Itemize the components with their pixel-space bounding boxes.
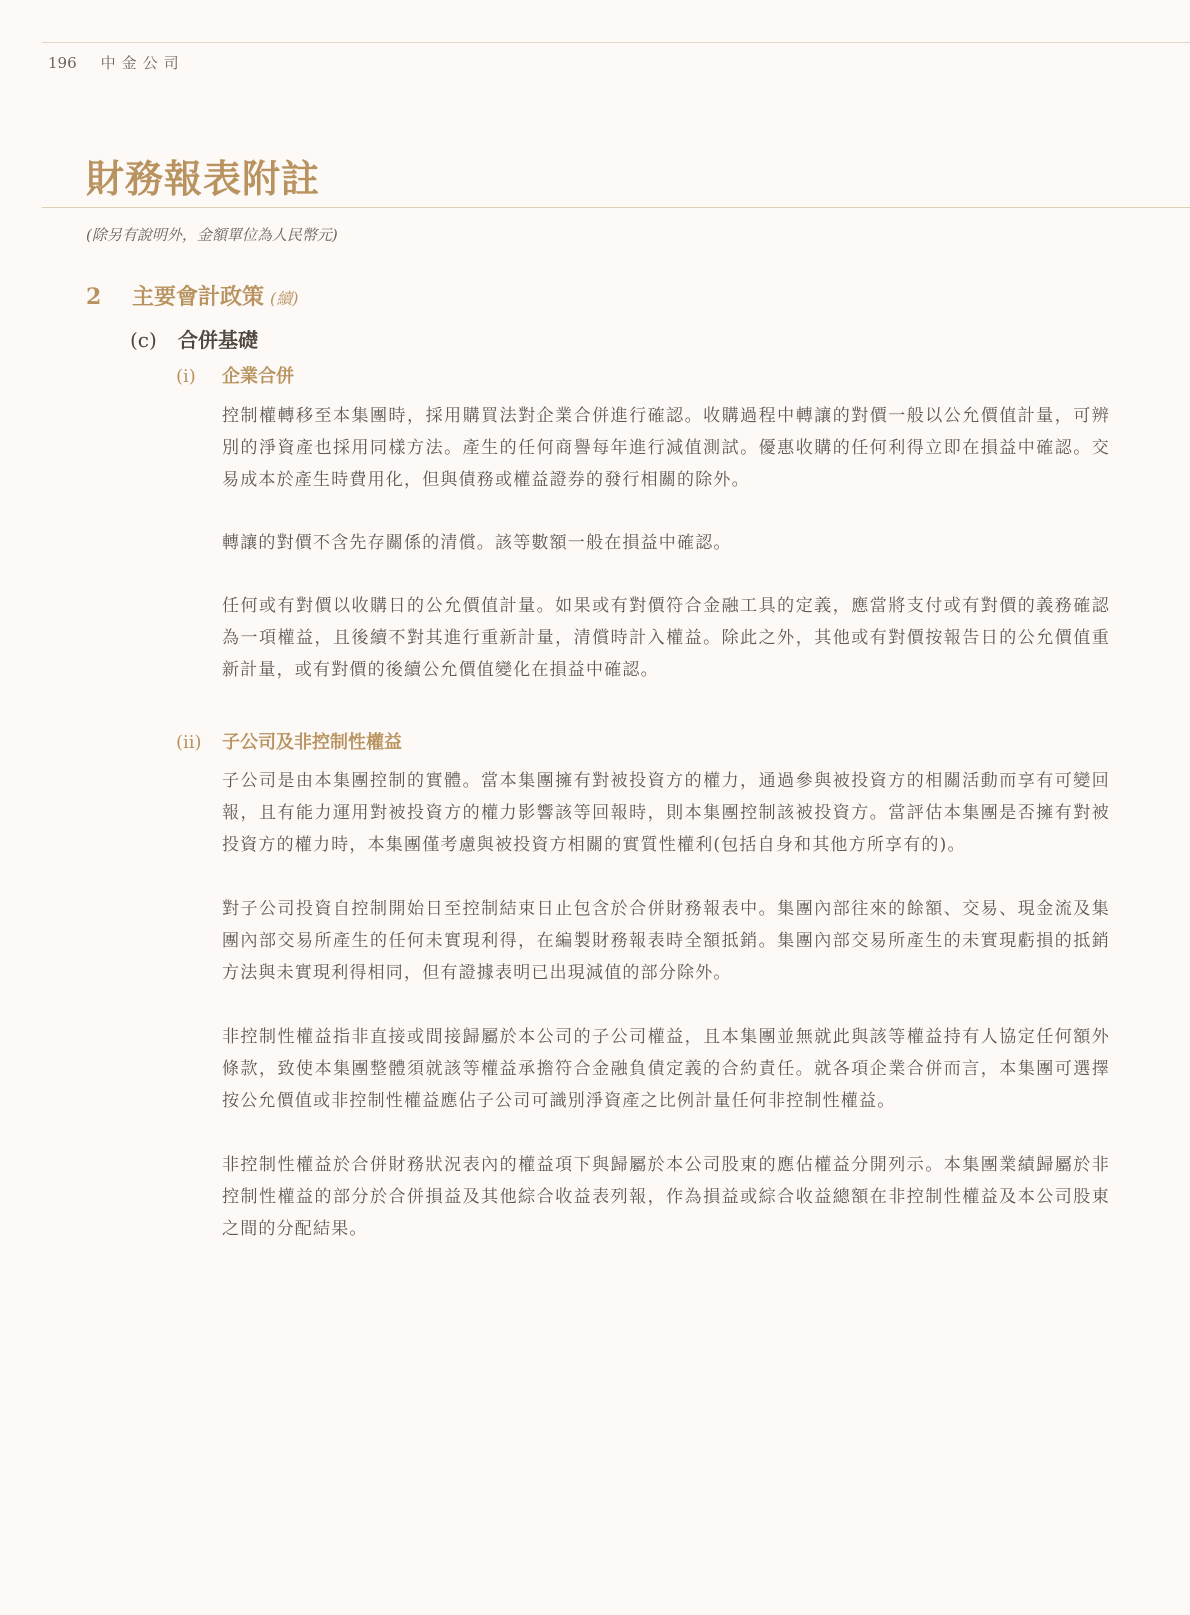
item-title: 子公司及非控制性權益 xyxy=(222,728,402,754)
section-number: 2 xyxy=(86,284,132,310)
continued-label: (續) xyxy=(270,286,299,309)
paragraph: 非控制性權益於合併財務狀況表內的權益項下與歸屬於本公司股東的應佔權益分開列示。本… xyxy=(222,1149,1110,1245)
paragraph: 任何或有對價以收購日的公允價值計量。如果或有對價符合金融工具的定義，應當將支付或… xyxy=(222,590,1110,686)
currency-note: (除另有說明外，金額單位為人民幣元) xyxy=(86,224,338,245)
paragraph: 轉讓的對價不含先存關係的清償。該等數額一般在損益中確認。 xyxy=(222,527,1110,559)
section-heading: 2 主要會計政策 (續) xyxy=(86,280,299,311)
item-heading-subsidiaries: (ii) 子公司及非控制性權益 xyxy=(176,728,402,754)
subsection-title: 合併基礎 xyxy=(178,324,258,353)
paragraph: 子公司是由本集團控制的實體。當本集團擁有對被投資方的權力，通過參與被投資方的相關… xyxy=(222,765,1110,861)
paragraph: 非控制性權益指非直接或間接歸屬於本公司的子公司權益，且本集團並無就此與該等權益持… xyxy=(222,1021,1110,1117)
item-heading-business-combination: (i) 企業合併 xyxy=(176,362,294,388)
paragraph: 控制權轉移至本集團時，採用購買法對企業合併進行確認。收購過程中轉讓的對價一般以公… xyxy=(222,400,1110,496)
header-rule xyxy=(42,42,1190,43)
section-title: 主要會計政策 xyxy=(132,280,264,311)
subsection-heading: (c) 合併基礎 xyxy=(130,324,258,353)
running-header: 196 中金公司 xyxy=(48,52,185,73)
item-number: (ii) xyxy=(176,732,222,753)
subsection-number: (c) xyxy=(130,328,178,352)
item-number: (i) xyxy=(176,366,222,387)
title-rule xyxy=(42,207,1190,208)
page-title: 財務報表附註 xyxy=(86,148,320,203)
page-number: 196 xyxy=(48,54,77,72)
item-title: 企業合併 xyxy=(222,362,294,388)
paragraph: 對子公司投資自控制開始日至控制結束日止包含於合併財務報表中。集團內部往來的餘額、… xyxy=(222,893,1110,989)
company-name: 中金公司 xyxy=(101,52,185,73)
